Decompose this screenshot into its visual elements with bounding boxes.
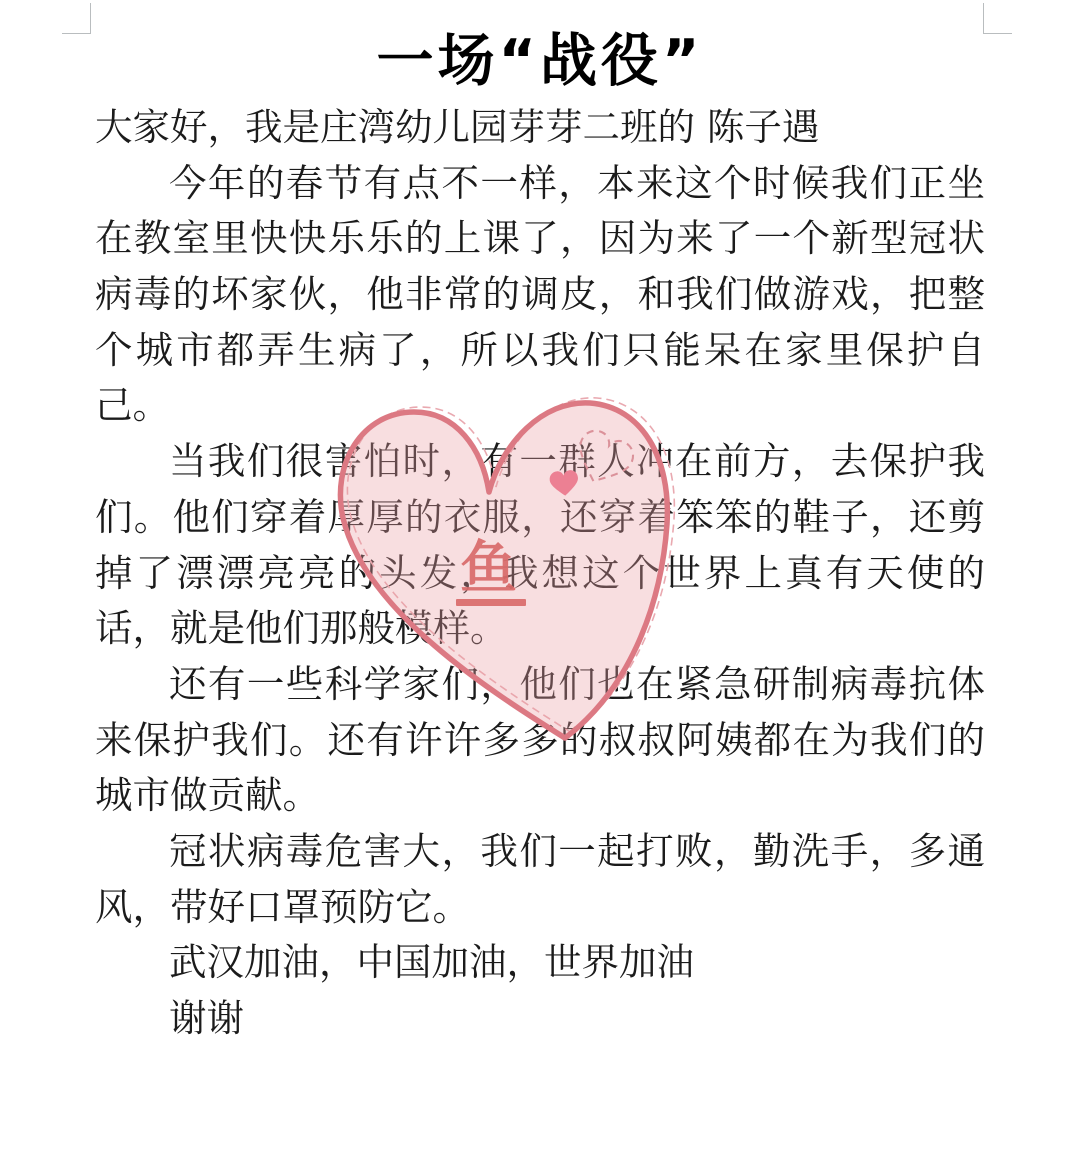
text-line: 大家好，我是庄湾幼儿园芽芽二班的 陈子遇 bbox=[95, 100, 985, 156]
text-line: 冠状病毒危害大，我们一起打败，勤洗手，多通 bbox=[95, 824, 985, 880]
text-line: 当我们很害怕时，有一群人冲在前方，去保护我 bbox=[95, 434, 985, 490]
document-page: 一场“战役” 大家好，我是庄湾幼儿园芽芽二班的 陈子遇今年的春节有点不一样，本来… bbox=[0, 0, 1080, 1162]
text-line: 病毒的坏家伙，他非常的调皮，和我们做游戏，把整 bbox=[95, 267, 985, 323]
text-line: 己。 bbox=[95, 378, 985, 434]
text-line: 城市做贡献。 bbox=[95, 768, 985, 824]
text-line: 在教室里快快乐乐的上课了，因为来了一个新型冠状 bbox=[95, 211, 985, 267]
text-line: 还有一些科学家们，他们也在紧急研制病毒抗体 bbox=[95, 657, 985, 713]
text-line: 谢谢 bbox=[95, 991, 985, 1047]
fish-stamp: 鱼 bbox=[460, 538, 517, 598]
text-line: 风，带好口罩预防它。 bbox=[95, 880, 985, 936]
text-line: 今年的春节有点不一样，本来这个时候我们正坐 bbox=[95, 156, 985, 212]
document-title: 一场“战役” bbox=[0, 26, 1080, 96]
text-line: 个城市都弄生病了，所以我们只能呆在家里保护自 bbox=[95, 323, 985, 379]
fish-stamp-underline bbox=[456, 599, 526, 606]
text-line: 武汉加油，中国加油，世界加油 bbox=[95, 935, 985, 991]
text-line: 掉了漂漂亮亮的头发，我想这个世界上真有天使的 bbox=[95, 546, 985, 602]
document-body: 大家好，我是庄湾幼儿园芽芽二班的 陈子遇今年的春节有点不一样，本来这个时候我们正… bbox=[95, 100, 985, 1047]
text-line: 话，就是他们那般模样。 bbox=[95, 601, 985, 657]
text-line: 们。他们穿着厚厚的衣服，还穿着笨笨的鞋子，还剪 bbox=[95, 490, 985, 546]
text-line: 来保护我们。还有许许多多的叔叔阿姨都在为我们的 bbox=[95, 713, 985, 769]
